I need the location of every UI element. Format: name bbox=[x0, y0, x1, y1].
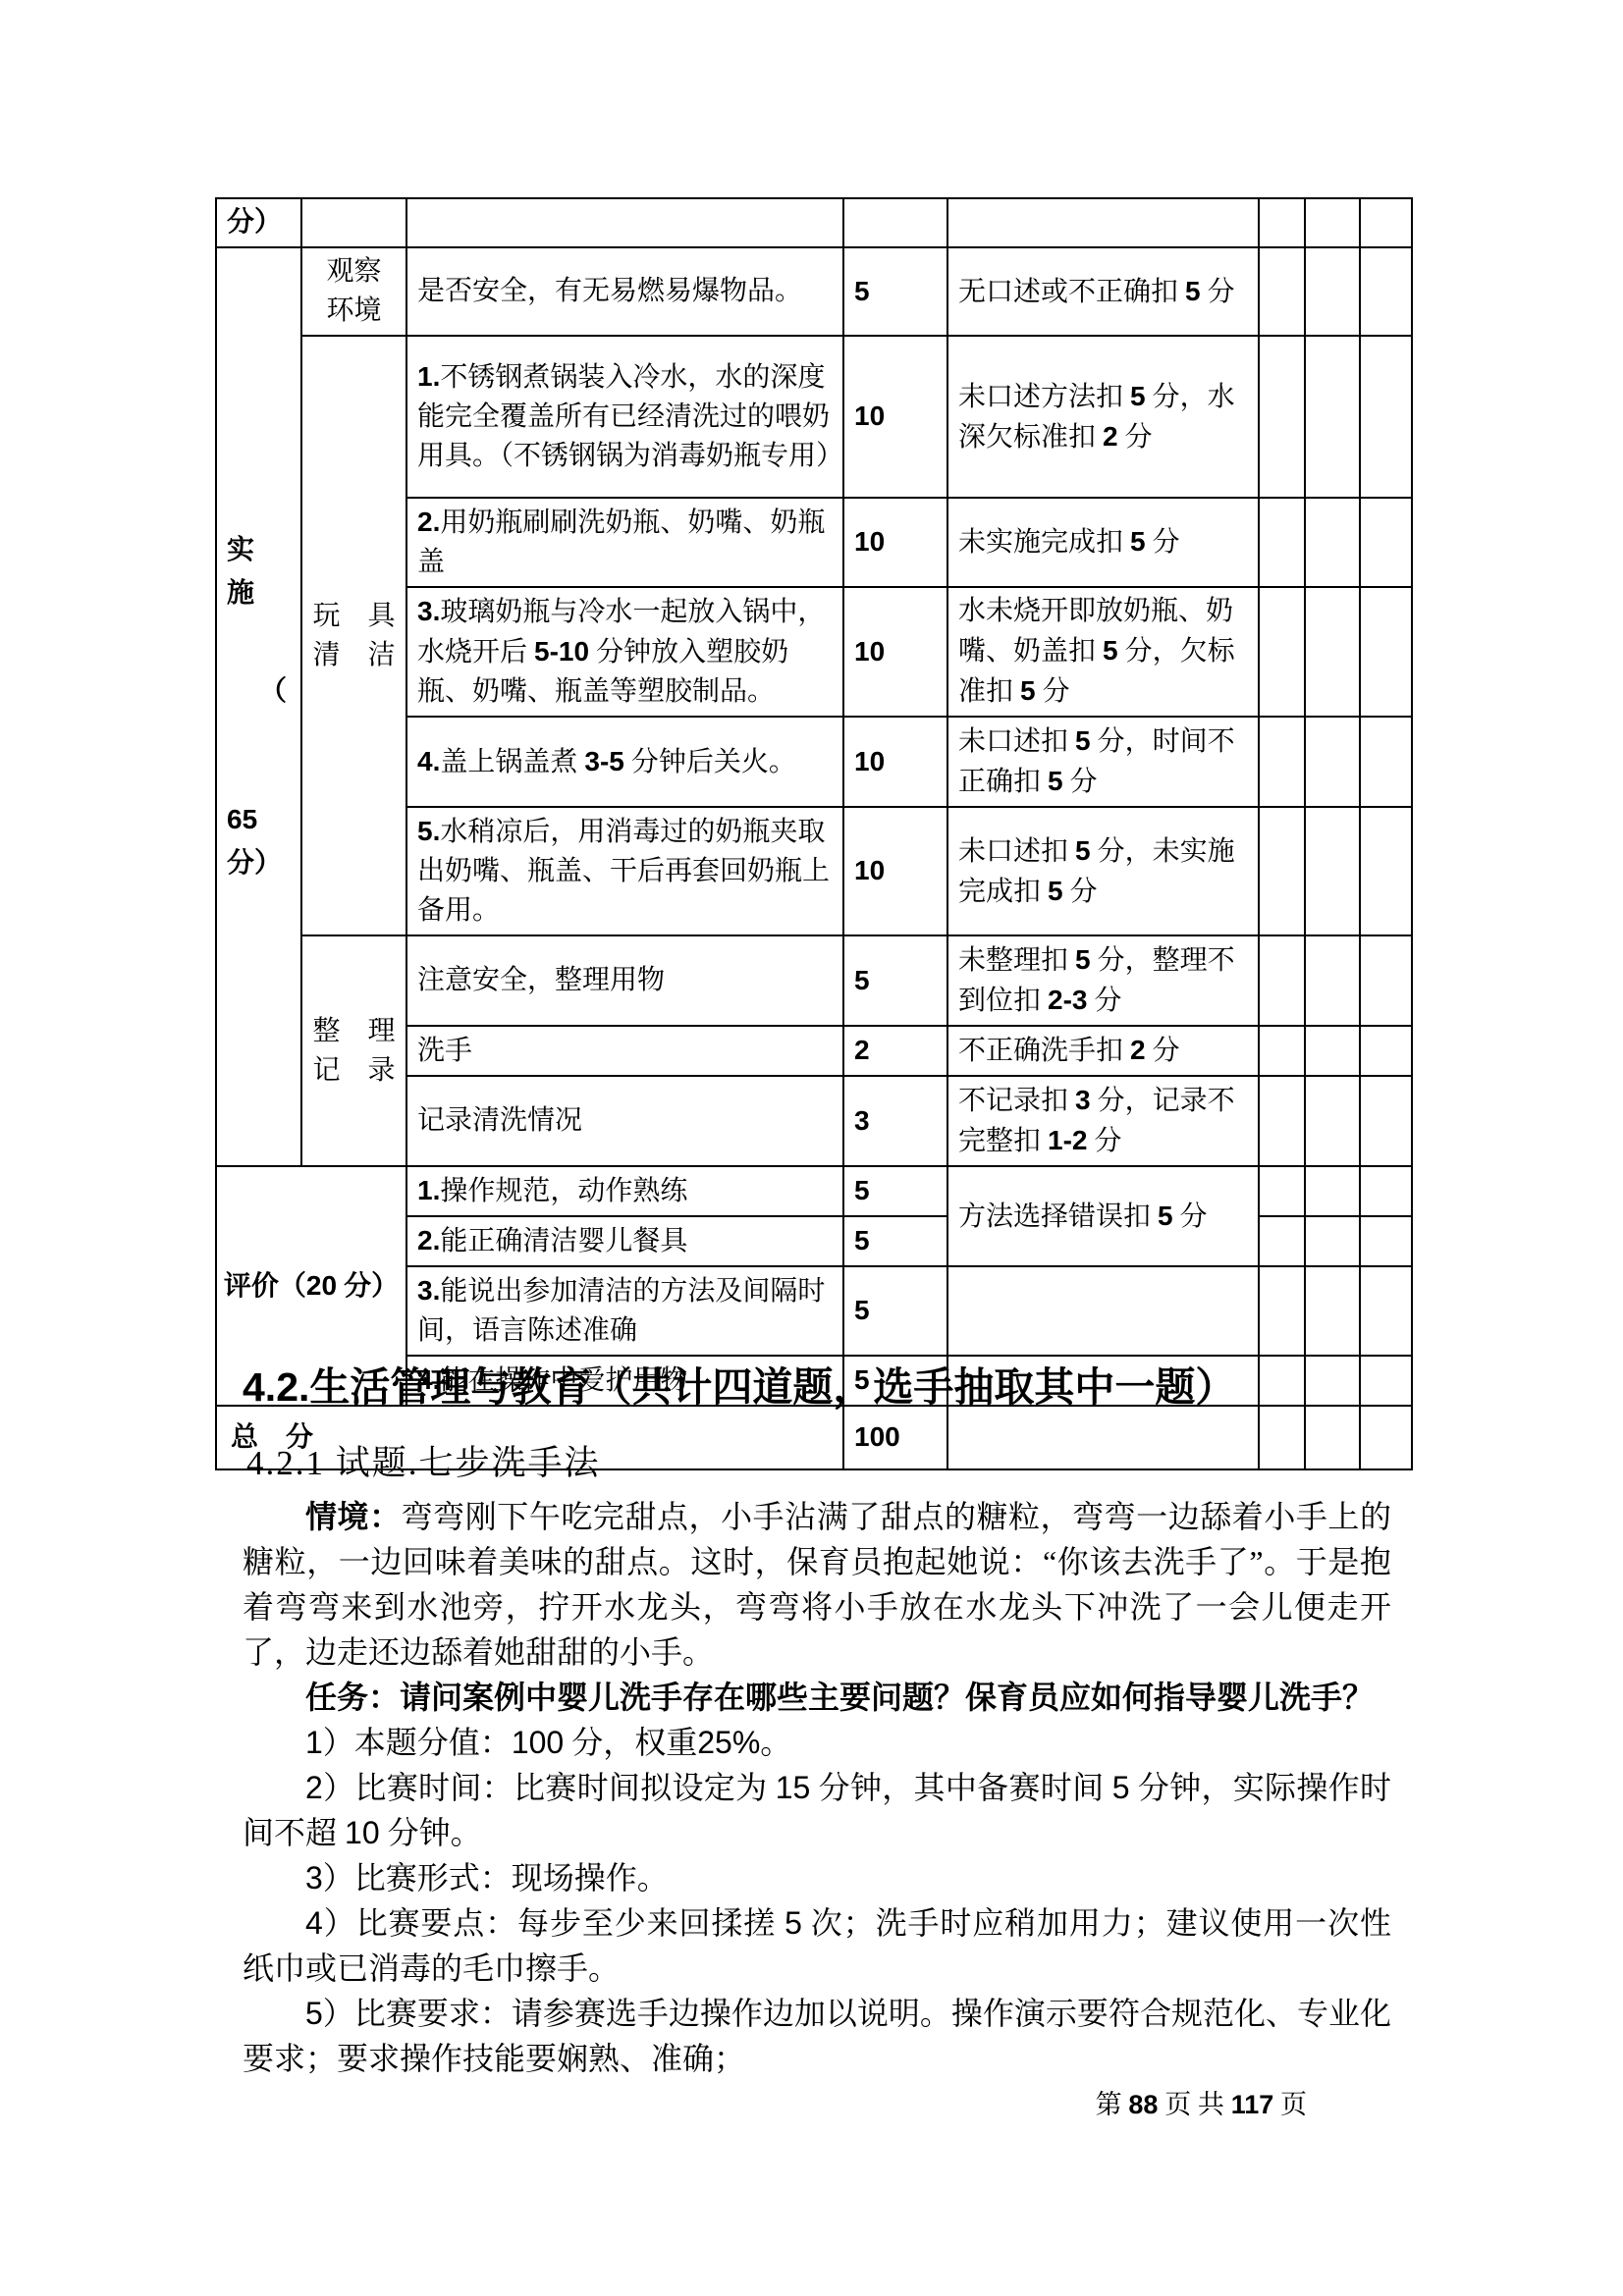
rule-item: 2）比赛时间：比赛时间拟设定为 15 分钟，其中备赛时间 5 分钟，实际操作时间… bbox=[243, 1765, 1391, 1855]
scoring-table: 分） 实 施 （ 65 分） 观察环境 是否安全，有无易燃易爆 bbox=[215, 197, 1413, 1470]
blank-cell bbox=[1305, 247, 1360, 336]
blank-cell bbox=[1305, 587, 1360, 717]
rule-item: 1）本题分值：100 分，权重25%。 bbox=[243, 1720, 1391, 1765]
blank-cell bbox=[1305, 807, 1360, 935]
desc-cell: 洗手 bbox=[406, 1026, 843, 1076]
blank-cell bbox=[1360, 1076, 1412, 1166]
situation-label: 情境： bbox=[305, 1499, 402, 1534]
score-cell: 5 bbox=[843, 247, 947, 336]
implement-label-line: 65 bbox=[227, 798, 293, 842]
deduction-cell bbox=[947, 1266, 1259, 1356]
subsection-heading: 4.2.1 试题.七步洗手法 bbox=[246, 1439, 1326, 1488]
blank-cell bbox=[1360, 717, 1412, 807]
task-paragraph: 任务：请问案例中婴儿洗手存在哪些主要问题？保育员应如何指导婴儿洗手？ bbox=[243, 1675, 1391, 1720]
score-cell: 5 bbox=[843, 1166, 947, 1216]
desc-cell: 3.能说出参加清洁的方法及间隔时间，语言陈述准确 bbox=[406, 1266, 843, 1356]
page-footer: 第 88 页 共 117 页 bbox=[243, 2087, 1391, 2122]
blank-cell bbox=[1305, 198, 1360, 247]
deduction-cell: 未口述方法扣 5 分，水深欠标准扣 2 分 bbox=[947, 336, 1259, 498]
desc-cell: 4.盖上锅盖煮 3-5 分钟后关火。 bbox=[406, 717, 843, 807]
blank-cell bbox=[1305, 336, 1360, 498]
score-cell: 10 bbox=[843, 336, 947, 498]
deduction-cell: 不正确洗手扣 2 分 bbox=[947, 1026, 1259, 1076]
deduction-cell: 未口述扣 5 分，未实施完成扣 5 分 bbox=[947, 807, 1259, 935]
blank-cell bbox=[1360, 807, 1412, 935]
score-cell: 5 bbox=[843, 1266, 947, 1356]
blank-cell bbox=[1360, 1216, 1412, 1266]
blank-cell bbox=[1259, 336, 1305, 498]
implement-label-line: （ bbox=[227, 670, 293, 714]
document-page: 分） 实 施 （ 65 分） 观察环境 是否安全，有无易燃易爆 bbox=[0, 0, 1623, 2296]
blank-cell bbox=[1360, 247, 1412, 336]
table-row: 分） bbox=[216, 198, 1412, 247]
score-cell: 3 bbox=[843, 1076, 947, 1166]
desc-cell: 2.用奶瓶刷刷洗奶瓶、奶嘴、奶瓶盖 bbox=[406, 498, 843, 587]
desc-cell: 5.水稍凉后，用消毒过的奶瓶夹取出奶嘴、瓶盖、干后再套回奶瓶上备用。 bbox=[406, 807, 843, 935]
blank-cell bbox=[1360, 498, 1412, 587]
rule-item: 3）比赛形式：现场操作。 bbox=[243, 1855, 1391, 1900]
blank-cell bbox=[1259, 1166, 1305, 1216]
blank-cell bbox=[406, 198, 843, 247]
score-cell: 5 bbox=[843, 1216, 947, 1266]
situation-paragraph: 情境：弯弯刚下午吃完甜点，小手沾满了甜点的糖粒，弯弯一边舔着小手上的糖粒，一边回… bbox=[243, 1494, 1391, 1675]
blank-cell bbox=[1360, 1166, 1412, 1216]
section-label-implement: 实 施 （ 65 分） bbox=[216, 247, 301, 1166]
blank-cell bbox=[1360, 587, 1412, 717]
score-cell: 2 bbox=[843, 1026, 947, 1076]
implement-label-line: 实 bbox=[227, 529, 293, 572]
table-row: 实 施 （ 65 分） 观察环境 是否安全，有无易燃易爆物品。 5 无口述或不正… bbox=[216, 247, 1412, 336]
blank-cell bbox=[843, 198, 947, 247]
rule-item: 4）比赛要点：每步至少来回揉搓 5 次；洗手时应稍加用力；建议使用一次性纸巾或已… bbox=[243, 1900, 1391, 1991]
score-cell: 10 bbox=[843, 498, 947, 587]
desc-cell: 3.玻璃奶瓶与冷水一起放入锅中，水烧开后 5-10 分钟放入塑胶奶瓶、奶嘴、瓶盖… bbox=[406, 587, 843, 717]
deduction-cell: 无口述或不正确扣 5 分 bbox=[947, 247, 1259, 336]
situation-text: 弯弯刚下午吃完甜点，小手沾满了甜点的糖粒，弯弯一边舔着小手上的糖粒，一边回味着美… bbox=[243, 1499, 1391, 1670]
table-row: 整 理记 录 注意安全，整理用物 5 未整理扣 5 分，整理不到位扣 2-3 分 bbox=[216, 935, 1412, 1026]
blank-cell bbox=[1305, 935, 1360, 1026]
blank-cell bbox=[1305, 1166, 1360, 1216]
page-number-text: 第 88 页 共 117 页 bbox=[1096, 2090, 1307, 2119]
blank-cell bbox=[1259, 1216, 1305, 1266]
blank-cell bbox=[1360, 1406, 1412, 1469]
blank-cell bbox=[1259, 717, 1305, 807]
blank-cell bbox=[301, 198, 406, 247]
desc-cell: 1.不锈钢煮锅装入冷水，水的深度能完全覆盖所有已经清洗过的喂奶用具。（不锈钢锅为… bbox=[406, 336, 843, 498]
blank-cell bbox=[1360, 1266, 1412, 1356]
subsection-label-observe: 观察环境 bbox=[301, 247, 406, 336]
scoring-table-wrapper: 分） 实 施 （ 65 分） 观察环境 是否安全，有无易燃易爆 bbox=[215, 197, 1413, 1470]
blank-cell bbox=[1305, 1216, 1360, 1266]
blank-cell bbox=[1259, 935, 1305, 1026]
table-row: 玩 具清 洁 1.不锈钢煮锅装入冷水，水的深度能完全覆盖所有已经清洗过的喂奶用具… bbox=[216, 336, 1412, 498]
blank-cell bbox=[1259, 807, 1305, 935]
blank-cell bbox=[1259, 587, 1305, 717]
blank-cell bbox=[1305, 1266, 1360, 1356]
table-row: 评价（20 分） 1.操作规范，动作熟练 5 方法选择错误扣 5 分 bbox=[216, 1166, 1412, 1216]
deduction-cell: 未整理扣 5 分，整理不到位扣 2-3 分 bbox=[947, 935, 1259, 1026]
section-heading: 4.2.生活管理与教育（共计四道题，选手抽取其中一题） bbox=[243, 1361, 1470, 1414]
score-cell: 10 bbox=[843, 587, 947, 717]
blank-cell bbox=[1360, 1026, 1412, 1076]
score-cell: 10 bbox=[843, 717, 947, 807]
blank-cell bbox=[1360, 198, 1412, 247]
desc-cell: 注意安全，整理用物 bbox=[406, 935, 843, 1026]
desc-cell: 是否安全，有无易燃易爆物品。 bbox=[406, 247, 843, 336]
desc-cell: 2.能正确清洁婴儿餐具 bbox=[406, 1216, 843, 1266]
blank-cell bbox=[1305, 1026, 1360, 1076]
deduction-cell: 未口述扣 5 分，时间不正确扣 5 分 bbox=[947, 717, 1259, 807]
subsection-label-toys: 玩 具清 洁 bbox=[301, 336, 406, 935]
desc-cell: 1.操作规范，动作熟练 bbox=[406, 1166, 843, 1216]
deduction-cell: 不记录扣 3 分，记录不完整扣 1-2 分 bbox=[947, 1076, 1259, 1166]
deduction-cell: 水未烧开即放奶瓶、奶嘴、奶盖扣 5 分，欠标准扣 5 分 bbox=[947, 587, 1259, 717]
score-cell: 10 bbox=[843, 807, 947, 935]
blank-cell bbox=[1259, 1026, 1305, 1076]
rule-item: 5）比赛要求：请参赛选手边操作边加以说明。操作演示要符合规范化、专业化要求；要求… bbox=[243, 1991, 1391, 2081]
blank-cell bbox=[1360, 336, 1412, 498]
blank-cell bbox=[1259, 498, 1305, 587]
blank-cell bbox=[1259, 1076, 1305, 1166]
blank-cell bbox=[1259, 198, 1305, 247]
deduction-cell: 未实施完成扣 5 分 bbox=[947, 498, 1259, 587]
desc-cell: 记录清洗情况 bbox=[406, 1076, 843, 1166]
row-label-cell: 分） bbox=[216, 198, 301, 247]
blank-cell bbox=[1360, 935, 1412, 1026]
blank-cell bbox=[1305, 1076, 1360, 1166]
blank-cell bbox=[1259, 247, 1305, 336]
deduction-cell: 方法选择错误扣 5 分 bbox=[947, 1166, 1259, 1266]
subsection-label-tidy: 整 理记 录 bbox=[301, 935, 406, 1166]
body-text: 情境：弯弯刚下午吃完甜点，小手沾满了甜点的糖粒，弯弯一边舔着小手上的糖粒，一边回… bbox=[243, 1494, 1391, 2081]
blank-cell bbox=[1305, 717, 1360, 807]
score-cell: 5 bbox=[843, 935, 947, 1026]
implement-label-line: 施 bbox=[227, 572, 293, 615]
blank-cell bbox=[1259, 1266, 1305, 1356]
blank-cell bbox=[947, 198, 1259, 247]
blank-cell bbox=[1305, 498, 1360, 587]
implement-label-line: 分） bbox=[227, 842, 293, 885]
